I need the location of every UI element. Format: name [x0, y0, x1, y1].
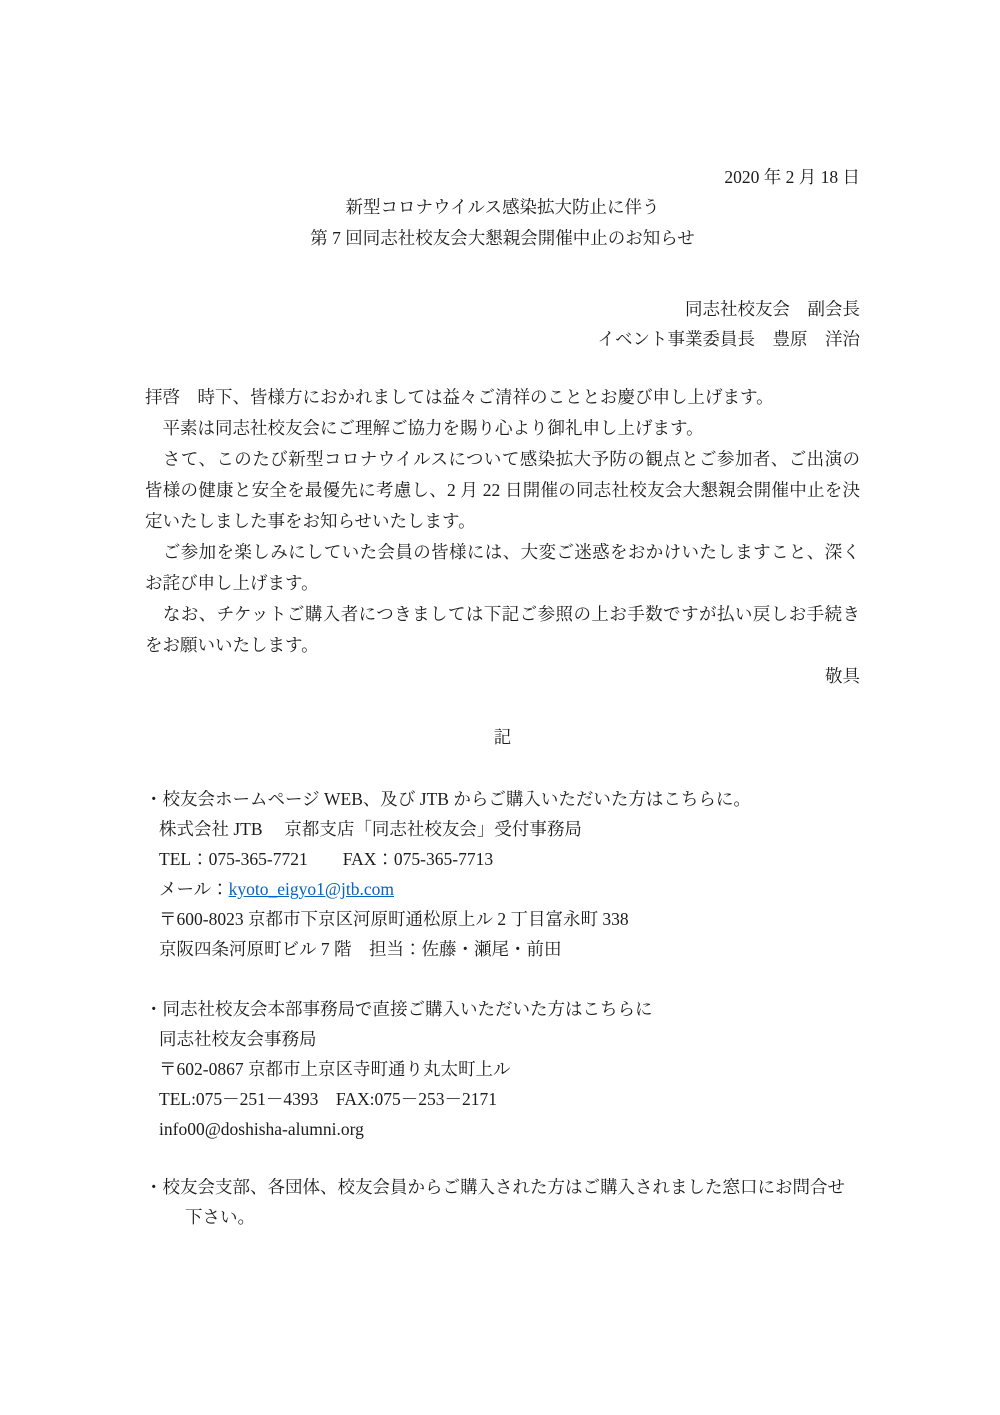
- contact-jtb-heading: ・校友会ホームページ WEB、及び JTB からご購入いただいた方はこちらに。: [145, 784, 860, 814]
- body-paragraph-apology: ご参加を楽しみにしていた会員の皆様には、大変ご迷惑をおかけいたしますこと、深くお…: [145, 537, 860, 599]
- sender-person: イベント事業委員長 豊原 洋治: [145, 324, 860, 354]
- contact-branch-heading: ・校友会支部、各団体、校友会員からご購入された方はご購入されました窓口にお問合せ: [145, 1172, 860, 1202]
- date-line: 2020 年 2 月 18 日: [145, 162, 860, 192]
- contact-branch-heading-continuation: 下さい。: [145, 1202, 860, 1232]
- contact-alumni-address: 〒602-0867 京都市上京区寺町通り丸太町上ル: [145, 1054, 860, 1084]
- contact-jtb-address: 〒600-8023 京都市下京区河原町通松原上ル 2 丁目富永町 338: [145, 904, 860, 934]
- title-line-2: 第 7 回同志社校友会大懇親会開催中止のお知らせ: [145, 222, 860, 254]
- contact-alumni-email: info00@doshisha-alumni.org: [145, 1114, 860, 1144]
- document-page: 2020 年 2 月 18 日 新型コロナウイルス感染拡大防止に伴う 第 7 回…: [0, 0, 1000, 1415]
- sender-organization: 同志社校友会 副会長: [145, 294, 860, 324]
- body-paragraph-greeting: 拝啓 時下、皆様方におかれましては益々ご清祥のこととお慶び申し上げます。: [145, 382, 860, 413]
- contact-alumni-office-name: 同志社校友会事務局: [145, 1024, 860, 1054]
- body-paragraph-cancellation: さて、このたび新型コロナウイルスについて感染拡大予防の観点とご参加者、ご出演の皆…: [145, 444, 860, 537]
- sender-block: 同志社校友会 副会長 イベント事業委員長 豊原 洋治: [145, 294, 860, 354]
- contact-alumni-tel-fax: TEL:075－251－4393 FAX:075－253－2171: [145, 1084, 860, 1114]
- contact-group-jtb: ・校友会ホームページ WEB、及び JTB からご購入いただいた方はこちらに。 …: [145, 784, 860, 964]
- body-block: 拝啓 時下、皆様方におかれましては益々ご清祥のこととお慶び申し上げます。 平素は…: [145, 382, 860, 661]
- contact-group-branch: ・校友会支部、各団体、校友会員からご購入された方はご購入されました窓口にお問合せ…: [145, 1172, 860, 1232]
- jtb-email-link[interactable]: kyoto_eigyo1@jtb.com: [229, 879, 394, 899]
- record-mark: 記: [145, 722, 860, 752]
- body-paragraph-refund: なお、チケットご購入者につきましては下記ご参照の上お手数ですが払い戻しお手続きを…: [145, 599, 860, 661]
- email-label: メール：: [159, 879, 229, 899]
- contact-jtb-email-line: メール：kyoto_eigyo1@jtb.com: [145, 874, 860, 904]
- title-line-1: 新型コロナウイルス感染拡大防止に伴う: [145, 192, 860, 222]
- contact-jtb-building: 京阪四条河原町ビル 7 階 担当：佐藤・瀬尾・前田: [145, 934, 860, 964]
- contact-jtb-office: 株式会社 JTB 京都支店「同志社校友会」受付事務局: [145, 814, 860, 844]
- contact-group-alumni-office: ・同志社校友会本部事務局で直接ご購入いただいた方はこちらに 同志社校友会事務局 …: [145, 994, 860, 1144]
- document-content: 2020 年 2 月 18 日 新型コロナウイルス感染拡大防止に伴う 第 7 回…: [0, 0, 1000, 1232]
- closing-word: 敬具: [145, 661, 860, 692]
- contact-alumni-heading: ・同志社校友会本部事務局で直接ご購入いただいた方はこちらに: [145, 994, 860, 1024]
- contact-jtb-tel-fax: TEL：075-365-7721 FAX：075-365-7713: [145, 844, 860, 874]
- body-paragraph-thanks: 平素は同志社校友会にご理解ご協力を賜り心より御礼申し上げます。: [145, 413, 860, 444]
